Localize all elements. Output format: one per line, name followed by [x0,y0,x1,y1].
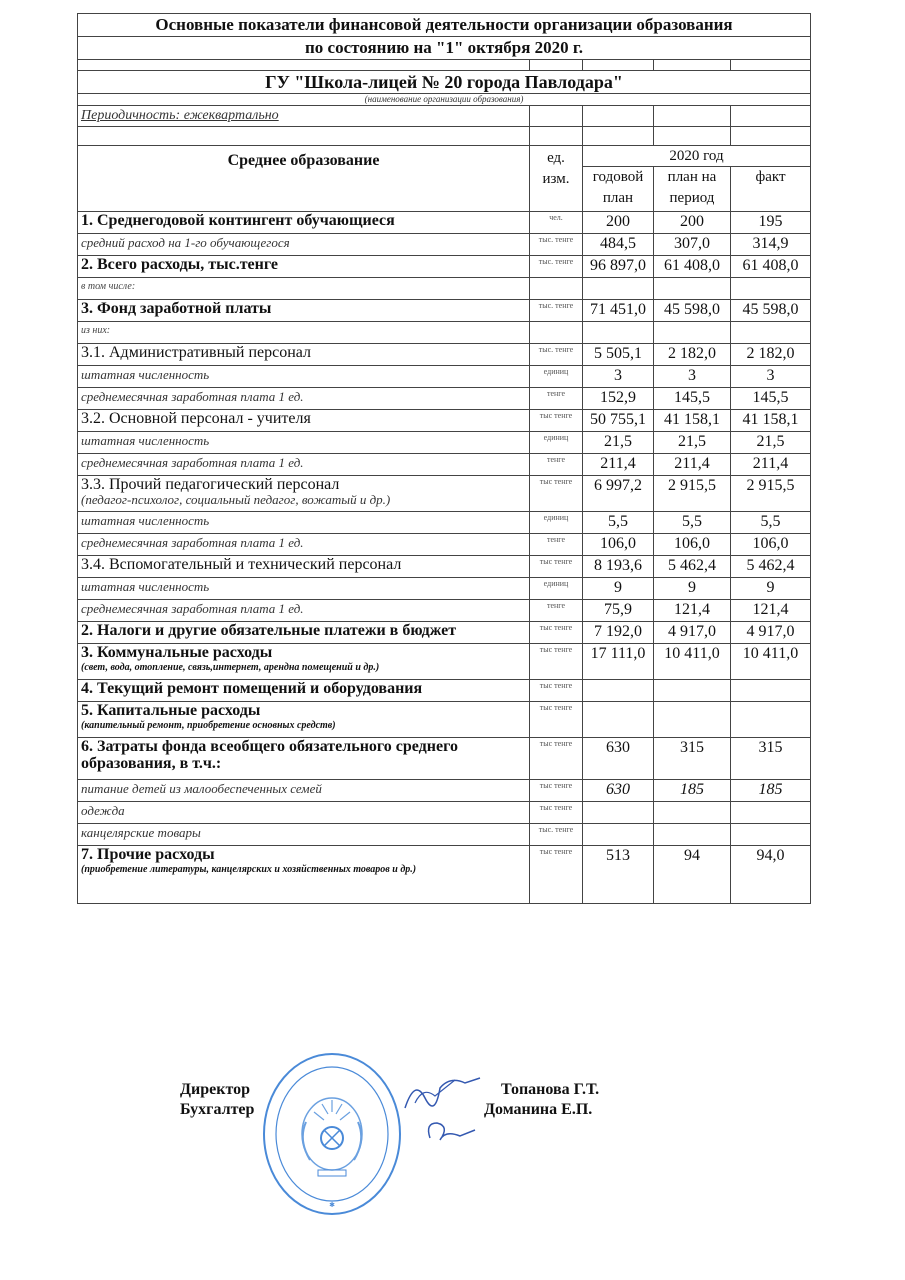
year-header: 2020 год [583,146,811,167]
row-label: среднемесячная заработная плата 1 ед. [78,454,530,476]
row-unit: тыс. тенге [530,256,583,278]
row-label: канцелярские товары [78,824,530,846]
row-unit: тыс тенге [530,622,583,644]
table-row: питание детей из малообеспеченных семейт… [78,780,811,802]
row-label-text: 7. Прочие расходы [81,846,215,863]
row-label-text: среднемесячная заработная плата 1 ед. [81,535,304,550]
annual-plan-value [583,278,654,300]
accountant-name: Доманина Е.П. [484,1100,599,1120]
report-title-line1: Основные показатели финансовой деятельно… [78,14,811,37]
fact-value: 4 917,0 [731,622,811,644]
table-row: среднемесячная заработная плата 1 ед.тен… [78,534,811,556]
row-label-text: 6. Затраты фонда всеобщего обязательного… [81,738,458,772]
table-row: 3.3. Прочий педагогический персонал(педа… [78,476,811,512]
row-unit: единиц [530,578,583,600]
table-row: средний расход на 1-го обучающегосятыс. … [78,234,811,256]
organization-name: ГУ "Школа-лицей № 20 города Павлодара" [78,71,811,94]
row-label: 3. Фонд заработной платы [78,300,530,322]
row-label: 3.4. Вспомогательный и технический персо… [78,556,530,578]
annual-plan-value: 211,4 [583,454,654,476]
table-row: 3. Коммунальные расходы(свет, вода, отоп… [78,644,811,680]
row-unit: тыс тенге [530,410,583,432]
period-plan-value: 145,5 [654,388,731,410]
report-title-line2: по состоянию на "1" октября 2020 г. [78,37,811,60]
fact-value [731,278,811,300]
table-row: среднемесячная заработная плата 1 ед.тен… [78,600,811,622]
annual-plan-value: 50 755,1 [583,410,654,432]
row-label-text: среднемесячная заработная плата 1 ед. [81,601,304,616]
row-label-text: штатная численность [81,513,209,528]
period-plan-value [654,680,731,702]
fact-value: 315 [731,738,811,780]
row-label: в том числе: [78,278,530,300]
signature-titles: Директор Бухгалтер [180,1080,254,1120]
row-label: 1. Среднегодовой контингент обучающиеся [78,212,530,234]
row-note: (педагог-психолог, социальный педагог, в… [81,493,526,507]
row-label: одежда [78,802,530,824]
row-label-text: 3.4. Вспомогательный и технический персо… [81,556,401,573]
row-unit [530,278,583,300]
annual-plan-value: 17 111,0 [583,644,654,680]
table-row: 2. Налоги и другие обязательные платежи … [78,622,811,644]
table-row: 2. Всего расходы, тыс.тенгетыс. тенге96 … [78,256,811,278]
table-row: штатная численностьединиц21,521,521,5 [78,432,811,454]
annual-plan-value [583,802,654,824]
period-plan-header: план на период [654,167,731,212]
fact-header: факт [731,167,811,212]
fact-value: 5,5 [731,512,811,534]
row-label-text: 3. Фонд заработной платы [81,300,271,317]
table-row: 4. Текущий ремонт помещений и оборудован… [78,680,811,702]
row-label: штатная численность [78,432,530,454]
annual-plan-value: 5 505,1 [583,344,654,366]
periodicity: Периодичность: ежеквартально [78,106,530,127]
row-label: 5. Капитальные расходы(капительный ремон… [78,702,530,738]
period-plan-value: 106,0 [654,534,731,556]
row-unit: тенге [530,388,583,410]
period-plan-value: 5 462,4 [654,556,731,578]
table-row: 3. Фонд заработной платытыс. тенге71 451… [78,300,811,322]
report-sheet: Основные показатели финансовой деятельно… [77,13,810,904]
annual-plan-value: 75,9 [583,600,654,622]
row-label-text: 3. Коммунальные расходы [81,644,272,661]
table-row: среднемесячная заработная плата 1 ед.тен… [78,388,811,410]
fact-value: 41 158,1 [731,410,811,432]
fact-value: 5 462,4 [731,556,811,578]
table-row: канцелярские товарытыс. тенге [78,824,811,846]
period-plan-value: 315 [654,738,731,780]
period-plan-value: 2 915,5 [654,476,731,512]
fact-value: 211,4 [731,454,811,476]
annual-plan-value: 484,5 [583,234,654,256]
row-unit: тыс тенге [530,680,583,702]
table-row: одеждатыс тенге [78,802,811,824]
row-label-text: 4. Текущий ремонт помещений и оборудован… [81,680,422,697]
row-unit: тыс тенге [530,556,583,578]
period-plan-value [654,702,731,738]
fact-value: 45 598,0 [731,300,811,322]
row-label-text: среднемесячная заработная плата 1 ед. [81,389,304,404]
section-header: Среднее образование [78,146,530,212]
table-row: штатная численностьединиц5,55,55,5 [78,512,811,534]
annual-plan-value: 3 [583,366,654,388]
svg-text:✱: ✱ [329,1201,335,1209]
annual-plan-value [583,702,654,738]
row-label: 2. Налоги и другие обязательные платежи … [78,622,530,644]
period-plan-value: 121,4 [654,600,731,622]
table-row: 3.1. Административный персоналтыс. тенге… [78,344,811,366]
fact-value: 9 [731,578,811,600]
row-label-text: 3.1. Административный персонал [81,344,311,361]
row-label-text: 1. Среднегодовой контингент обучающиеся [81,212,395,229]
fact-value: 145,5 [731,388,811,410]
row-label-text: 2. Налоги и другие обязательные платежи … [81,622,456,639]
row-unit: тыс тенге [530,846,583,904]
row-label: 3.1. Административный персонал [78,344,530,366]
fact-value: 21,5 [731,432,811,454]
fact-value: 121,4 [731,600,811,622]
row-label: 7. Прочие расходы(приобретение литератур… [78,846,530,904]
table-row: 1. Среднегодовой контингент обучающиесяч… [78,212,811,234]
fact-value [731,702,811,738]
signature-scribble-icon [395,1068,485,1148]
row-unit: тыс. тенге [530,344,583,366]
annual-plan-value [583,680,654,702]
row-label: 3.2. Основной персонал - учителя [78,410,530,432]
row-unit: тыс. тенге [530,234,583,256]
fact-value [731,322,811,344]
table-row: 7. Прочие расходы(приобретение литератур… [78,846,811,904]
row-note: (капительный ремонт, приобретение основн… [81,719,526,733]
table-row: среднемесячная заработная плата 1 ед.тен… [78,454,811,476]
fact-value: 2 915,5 [731,476,811,512]
row-label: среднемесячная заработная плата 1 ед. [78,534,530,556]
fact-value: 106,0 [731,534,811,556]
row-label-text: 5. Капитальные расходы [81,702,260,719]
period-plan-value: 307,0 [654,234,731,256]
row-unit: тыс тенге [530,702,583,738]
annual-plan-value: 96 897,0 [583,256,654,278]
row-label: среднемесячная заработная плата 1 ед. [78,600,530,622]
period-plan-value: 200 [654,212,731,234]
table-row: из них: [78,322,811,344]
table-row: 5. Капитальные расходы(капительный ремон… [78,702,811,738]
row-unit: единиц [530,366,583,388]
annual-plan-value: 152,9 [583,388,654,410]
organization-caption: (наименование организации образования) [78,94,811,106]
period-plan-value: 185 [654,780,731,802]
fact-value: 314,9 [731,234,811,256]
row-unit: тыс тенге [530,476,583,512]
row-label-text: в том числе: [81,281,135,292]
annual-plan-value: 106,0 [583,534,654,556]
row-label-text: 3.3. Прочий педагогический персонал [81,476,339,493]
director-name: Топанова Г.Т. [484,1080,599,1100]
row-label-text: из них: [81,325,110,336]
row-label: штатная численность [78,512,530,534]
director-title: Директор [180,1080,254,1100]
fact-value: 10 411,0 [731,644,811,680]
annual-plan-value: 8 193,6 [583,556,654,578]
row-note: (свет, вода, отопление, связь,интернет, … [81,661,526,675]
period-plan-value [654,278,731,300]
period-plan-value: 21,5 [654,432,731,454]
period-plan-value: 94 [654,846,731,904]
annual-plan-value: 71 451,0 [583,300,654,322]
annual-plan-value: 9 [583,578,654,600]
row-label: 2. Всего расходы, тыс.тенге [78,256,530,278]
period-plan-value [654,322,731,344]
fact-value [731,802,811,824]
table-row: 6. Затраты фонда всеобщего обязательного… [78,738,811,780]
period-plan-value [654,824,731,846]
fact-value: 195 [731,212,811,234]
table-row: 3.4. Вспомогательный и технический персо… [78,556,811,578]
table-row: в том числе: [78,278,811,300]
row-unit: тыс тенге [530,644,583,680]
row-label-text: штатная численность [81,433,209,448]
signature-names: Топанова Г.Т. Доманина Е.П. [484,1080,599,1120]
unit-header: ед. изм. [530,146,583,212]
row-unit [530,322,583,344]
fact-value: 3 [731,366,811,388]
row-unit: тыс. тенге [530,824,583,846]
table-row: штатная численностьединиц999 [78,578,811,600]
period-plan-value: 45 598,0 [654,300,731,322]
row-unit: тыс. тенге [530,300,583,322]
row-unit: тенге [530,600,583,622]
row-unit: тыс тенге [530,780,583,802]
annual-plan-value: 630 [583,738,654,780]
period-plan-value: 41 158,1 [654,410,731,432]
period-plan-value: 211,4 [654,454,731,476]
row-unit: единиц [530,432,583,454]
annual-plan-value: 200 [583,212,654,234]
row-label: из них: [78,322,530,344]
row-unit: чел. [530,212,583,234]
annual-plan-value: 630 [583,780,654,802]
row-note: (приобретение литературы, канцелярских и… [81,863,526,877]
fact-value: 61 408,0 [731,256,811,278]
period-plan-value [654,802,731,824]
fact-value [731,824,811,846]
fact-value: 94,0 [731,846,811,904]
row-unit: тыс тенге [530,802,583,824]
row-unit: тенге [530,534,583,556]
row-label-text: штатная численность [81,367,209,382]
row-label-text: 2. Всего расходы, тыс.тенге [81,256,278,273]
row-label-text: средний расход на 1-го обучающегося [81,235,290,250]
period-plan-value: 61 408,0 [654,256,731,278]
table-row: штатная численностьединиц333 [78,366,811,388]
fact-value: 185 [731,780,811,802]
period-plan-value: 10 411,0 [654,644,731,680]
period-plan-value: 4 917,0 [654,622,731,644]
row-label: 3. Коммунальные расходы(свет, вода, отоп… [78,644,530,680]
period-plan-value: 2 182,0 [654,344,731,366]
row-label-text: канцелярские товары [81,825,201,840]
row-label-text: среднемесячная заработная плата 1 ед. [81,455,304,470]
accountant-title: Бухгалтер [180,1100,254,1120]
period-plan-value: 9 [654,578,731,600]
annual-plan-value: 6 997,2 [583,476,654,512]
financial-indicators-table: Основные показатели финансовой деятельно… [77,13,811,904]
annual-plan-header: годовой план [583,167,654,212]
row-label-text: 3.2. Основной персонал - учителя [81,410,311,427]
row-label: 3.3. Прочий педагогический персонал(педа… [78,476,530,512]
row-label-text: одежда [81,803,125,818]
row-label: штатная численность [78,366,530,388]
row-unit: тыс тенге [530,738,583,780]
annual-plan-value: 7 192,0 [583,622,654,644]
row-unit: единиц [530,512,583,534]
row-label: среднемесячная заработная плата 1 ед. [78,388,530,410]
period-plan-value: 3 [654,366,731,388]
fact-value [731,680,811,702]
row-unit: тенге [530,454,583,476]
official-stamp-icon: ✱ [262,1052,402,1216]
annual-plan-value: 21,5 [583,432,654,454]
fact-value: 2 182,0 [731,344,811,366]
row-label-text: питание детей из малообеспеченных семей [81,781,322,796]
row-label: 6. Затраты фонда всеобщего обязательного… [78,738,530,780]
row-label: штатная численность [78,578,530,600]
row-label: средний расход на 1-го обучающегося [78,234,530,256]
row-label-text: штатная численность [81,579,209,594]
annual-plan-value: 513 [583,846,654,904]
row-label: 4. Текущий ремонт помещений и оборудован… [78,680,530,702]
annual-plan-value: 5,5 [583,512,654,534]
table-row: 3.2. Основной персонал - учителятыс тенг… [78,410,811,432]
annual-plan-value [583,322,654,344]
row-label: питание детей из малообеспеченных семей [78,780,530,802]
annual-plan-value [583,824,654,846]
period-plan-value: 5,5 [654,512,731,534]
